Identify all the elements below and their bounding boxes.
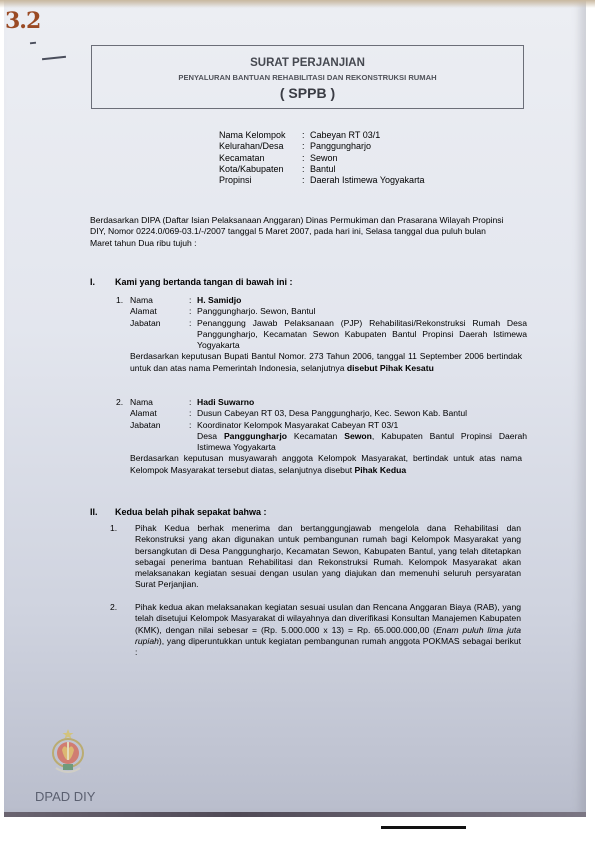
coat-of-arms-icon — [48, 728, 88, 778]
party-2: 2. Nama : Hadi Suwarno Alamat : Dusun Ca… — [116, 397, 527, 476]
party-position: Koordinator Kelompok Masyarakat Cabeyan … — [197, 420, 527, 454]
intro-paragraph: Berdasarkan DIPA (Daftar Isian Pelaksana… — [90, 215, 510, 249]
party-position: Penanggung Jawab Pelaksanaan (PJP) Rehab… — [197, 318, 527, 352]
party-field-row: 1. Nama : H. Samidjo — [116, 295, 527, 306]
field-colon: : — [189, 318, 197, 352]
party-designation: Pihak Kedua — [355, 465, 407, 475]
item-text: Pihak Kedua berhak menerima dan bertangg… — [135, 523, 521, 591]
info-value: Daerah Istimewa Yogyakarta — [310, 175, 425, 186]
info-row: Nama Kelompok:Cabeyan RT 03/1 — [219, 130, 425, 141]
title-box: SURAT PERJANJIAN PENYALURAN BANTUAN REHA… — [91, 45, 524, 109]
info-colon: : — [302, 153, 310, 164]
party-number: 2. — [116, 397, 130, 408]
handwritten-number: 3.2 — [5, 8, 40, 34]
footer-rule — [381, 826, 466, 829]
note-text: Berdasarkan keputusan Bupati Bantul Nomo… — [130, 351, 522, 372]
party-name: Hadi Suwarno — [197, 397, 527, 408]
field-label: Alamat — [130, 408, 189, 419]
note-text: Berdasarkan keputusan musyawarah anggota… — [130, 453, 522, 474]
position-text: Kecamatan — [287, 431, 344, 441]
info-value: Bantul — [310, 164, 336, 175]
info-label: Nama Kelompok — [219, 130, 302, 141]
info-colon: : — [302, 141, 310, 152]
field-label: Jabatan — [130, 318, 189, 352]
group-info-table: Nama Kelompok:Cabeyan RT 03/1 Kelurahan/… — [219, 130, 425, 186]
section-number: I. — [90, 277, 95, 287]
info-label: Kecamatan — [219, 153, 302, 164]
info-label: Kota/Kabupaten — [219, 164, 302, 175]
field-label: Nama — [130, 295, 189, 306]
party-number: 1. — [116, 295, 130, 306]
info-row: Kota/Kabupaten:Bantul — [219, 164, 425, 175]
item-text-part: ), yang diperuntukkan untuk kegiatan pem… — [135, 636, 521, 657]
info-colon: : — [302, 175, 310, 186]
section-number: II. — [90, 507, 98, 517]
info-value: Cabeyan RT 03/1 — [310, 130, 380, 141]
field-colon: : — [189, 295, 197, 306]
info-label: Kelurahan/Desa — [219, 141, 302, 152]
party-note: Berdasarkan keputusan musyawarah anggota… — [130, 453, 522, 476]
party-field-row: Jabatan : Penanggung Jawab Pelaksanaan (… — [116, 318, 527, 352]
position-village: Panggungharjo — [224, 431, 287, 441]
position-text: Desa — [197, 431, 224, 441]
info-row: Kelurahan/Desa:Panggungharjo — [219, 141, 425, 152]
party-designation: disebut Pihak Kesatu — [347, 363, 434, 373]
agreement-item-2: 2. Pihak kedua akan melaksanakan kegiata… — [110, 602, 521, 658]
party-field-row: Alamat : Panggungharjo. Sewon, Bantul — [116, 306, 527, 317]
agreement-item-1: 1. Pihak Kedua berhak menerima dan berta… — [110, 523, 521, 591]
field-label: Jabatan — [130, 420, 189, 454]
party-note: Berdasarkan keputusan Bupati Bantul Nomo… — [130, 351, 522, 374]
section-title: Kami yang bertanda tangan di bawah ini : — [115, 277, 293, 287]
document-code: ( SPPB ) — [92, 85, 523, 101]
party-address: Panggungharjo. Sewon, Bantul — [197, 306, 527, 317]
info-label: Propinsi — [219, 175, 302, 186]
info-row: Propinsi:Daerah Istimewa Yogyakarta — [219, 175, 425, 186]
footer-brand: DPAD DIY — [35, 789, 95, 804]
position-district: Sewon — [344, 431, 372, 441]
party-1: 1. Nama : H. Samidjo Alamat : Panggungha… — [116, 295, 527, 374]
section-title: Kedua belah pihak sepakat bahwa : — [115, 507, 267, 517]
info-colon: : — [302, 130, 310, 141]
info-colon: : — [302, 164, 310, 175]
document-subtitle: PENYALURAN BANTUAN REHABILITASI DAN REKO… — [92, 73, 523, 82]
scan-top-shadow — [0, 0, 595, 8]
position-text: Koordinator Kelompok Masyarakat Cabeyan … — [197, 420, 398, 430]
field-colon: : — [189, 397, 197, 408]
item-number: 2. — [110, 602, 135, 658]
document-title: SURAT PERJANJIAN — [92, 57, 523, 69]
item-number: 1. — [110, 523, 135, 591]
party-field-row: Alamat : Dusun Cabeyan RT 03, Desa Pangg… — [116, 408, 527, 419]
item-text: Pihak kedua akan melaksanakan kegiatan s… — [135, 602, 521, 658]
page-bottom-edge — [4, 812, 586, 817]
field-colon: : — [189, 420, 197, 454]
party-name: H. Samidjo — [197, 295, 527, 306]
info-value: Panggungharjo — [310, 141, 371, 152]
info-value: Sewon — [310, 153, 338, 164]
info-row: Kecamatan:Sewon — [219, 153, 425, 164]
party-field-row: Jabatan : Koordinator Kelompok Masyaraka… — [116, 420, 527, 454]
party-address: Dusun Cabeyan RT 03, Desa Panggungharjo,… — [197, 408, 527, 419]
field-colon: : — [189, 408, 197, 419]
field-label: Alamat — [130, 306, 189, 317]
field-colon: : — [189, 306, 197, 317]
party-field-row: 2. Nama : Hadi Suwarno — [116, 397, 527, 408]
field-label: Nama — [130, 397, 189, 408]
